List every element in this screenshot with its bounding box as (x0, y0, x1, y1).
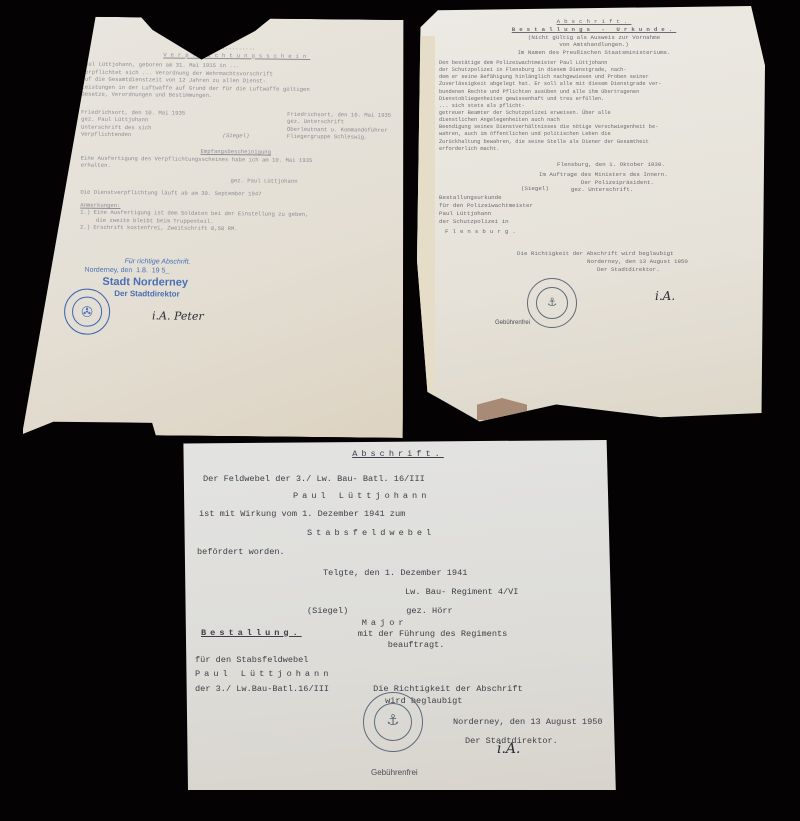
body-line: der Schutzpolizei in Flensburg in diesem… (439, 67, 749, 74)
service-end: Die Dienstverpflichtung läuft ab am 30. … (80, 189, 390, 200)
signature: i.A. (497, 740, 521, 758)
body-line: befördert worden. (197, 547, 623, 558)
seal-row: (Siegel) Der Polizeipräsident. gez. Unte… (439, 179, 749, 195)
paper-tear (477, 398, 527, 420)
place-date: Flensburg, den 1. Oktober 1930. (557, 161, 749, 169)
seal-signer-row: (Siegel) gez. Hörr (203, 606, 623, 617)
body-line: getreuer Beamter der Schutzpolizei erwei… (439, 110, 749, 117)
seal-emblem-icon: ✇ (72, 297, 102, 327)
body-line: Zuverlässigkeit abgelegt hat. Er soll al… (439, 81, 749, 88)
document-befoerderung: Abschrift. Der Feldwebel der 3./ Lw. Bau… (165, 440, 625, 790)
appointment-row: Bestallung. Major mit der Führung des Re… (203, 618, 623, 652)
city-seal-stamp: ⚓ (527, 278, 577, 328)
seal-note: (Siegel) (521, 185, 549, 195)
cert-office: Der Stadtdirektor. (465, 736, 623, 747)
body-line: ... sich stets als pflicht- (439, 103, 749, 110)
signature: i.A. Peter (152, 309, 204, 324)
block-line: Fliegergruppe Schleswig. (287, 133, 391, 142)
appointment-heading: Bestallung. (201, 628, 302, 652)
body-line: Der Feldwebel der 3./ Lw. Bau- Batl. 16/… (203, 474, 623, 485)
recipient-line: der 3./ Lw.Bau-Batl.16/III (195, 684, 329, 706)
recipient-line: Bestallungsurkunde (439, 194, 749, 202)
signer-role-line: mit der Führung des Regiments (358, 629, 508, 640)
city-seal-stamp: ✇ (64, 288, 110, 334)
subtitle-line: (Nicht gültig als Ausweis zur Vornahme (439, 34, 749, 42)
authority-line: gez. Unterschrift. (571, 186, 654, 194)
cert-authority: Stadt Norderney (102, 275, 190, 290)
unit: Lw. Bau- Regiment 4/VI (405, 587, 623, 598)
left-signature-block: Friedrichsort, den 10. Mai 1935 gez. Pau… (81, 108, 185, 139)
recipient-line: Flensburg. (445, 228, 749, 236)
body-line: Beendigung seines Dienstverhältnisses di… (439, 124, 749, 131)
body-line: Zurückhaltung bewahren, die seine Stelle… (439, 139, 749, 146)
cert-line: Die Richtigkeit der Abschrift wird begla… (517, 250, 749, 258)
right-signature-block: Friedrichsort, den 10. Mai 1935 gez. Unt… (287, 111, 391, 142)
cert-place-date: Norderney, den 13 August 1950 (453, 717, 623, 728)
cert-place-date: Norderney, den 13 August 1950 (587, 258, 749, 266)
body-line: bundenen Rechte und Pflichten ausüben un… (439, 89, 749, 96)
block-line: Verpflichtenden (81, 131, 185, 140)
recipient-line: Paul Lüttjohann (195, 669, 623, 680)
doc-header: Abschrift. (439, 18, 749, 26)
signer-role-line: beauftragt. (388, 640, 508, 651)
body-line: erforderlich macht. (439, 146, 749, 153)
body-line: Dienstobliegenheiten gewissenhaft und tr… (439, 96, 749, 103)
body-line: Den bestätige dem Polizeiwachtmeister Pa… (439, 60, 749, 67)
paper-fold-strip (417, 36, 435, 396)
document-bestallungsurkunde: Abschrift. Bestallungs - Urkunde. (Nicht… (417, 6, 765, 430)
doc-body: Paul Lüttjohann, geboren am 31. Mai 1915… (81, 61, 391, 102)
fee-note: Gebührenfrei (371, 768, 418, 778)
body-line: wahren, auch im öffentlichen und politis… (439, 131, 749, 138)
cert-office: Der Stadtdirektor (114, 289, 190, 300)
body-line: dienstlichen Angelegenheiten auch nach (439, 117, 749, 124)
doc-title: Bestallungs - Urkunde. (439, 26, 749, 34)
seal-note: (Siegel) (222, 133, 249, 141)
document-verpflichtungsschein: ........... Verpflichtungsschein Paul Lü… (23, 16, 407, 438)
doc-title: Abschrift. (173, 449, 623, 460)
body-line: ist mit Wirkung vom 1. Dezember 1941 zum (199, 509, 623, 520)
preamble: Im Namen des Preußischen Staatsministeri… (439, 49, 749, 57)
subtitle-line: von Amtshandlungen.) (439, 41, 749, 49)
doc-body: Den bestätige dem Polizeiwachtmeister Pa… (439, 60, 749, 153)
rank: Stabsfeldwebel (307, 528, 623, 539)
authority-line: Im Auftrage des Ministers des Innern. (539, 171, 749, 179)
recipient-line: für den Stabsfeldwebel (195, 655, 623, 666)
signer-rank: Major (362, 618, 508, 629)
recipient-line: für den Polizeiwachtmeister (439, 202, 749, 210)
cert-office: Der Stadtdirektor. (597, 266, 749, 274)
recipient-line: Paul Lüttjohann (439, 210, 749, 218)
city-seal-stamp: ⚓ (363, 692, 423, 752)
signature: i.A. (655, 288, 675, 304)
signed-by: gez. Hörr (406, 606, 452, 617)
seal-note: (Siegel) (307, 606, 348, 617)
seal-emblem-icon: ⚓ (536, 287, 568, 319)
receipt-signature: gez. Paul Lüttjohann (230, 177, 390, 186)
place-date: Telgte, den 1. Dezember 1941 (323, 568, 623, 579)
fee-note: Gebührenfrei (495, 319, 530, 327)
authority-line: Der Polizeipräsident. (581, 179, 654, 187)
seal-emblem-icon: ⚓ (374, 703, 412, 741)
signature-blocks: Friedrichsort, den 10. Mai 1935 gez. Pau… (81, 108, 391, 141)
body-line: dem er seine Befähigung hinlänglich nach… (439, 74, 749, 81)
person-name: Paul Lüttjohann (293, 491, 623, 502)
recipient-line: der Schutzpolizei in (439, 218, 749, 226)
